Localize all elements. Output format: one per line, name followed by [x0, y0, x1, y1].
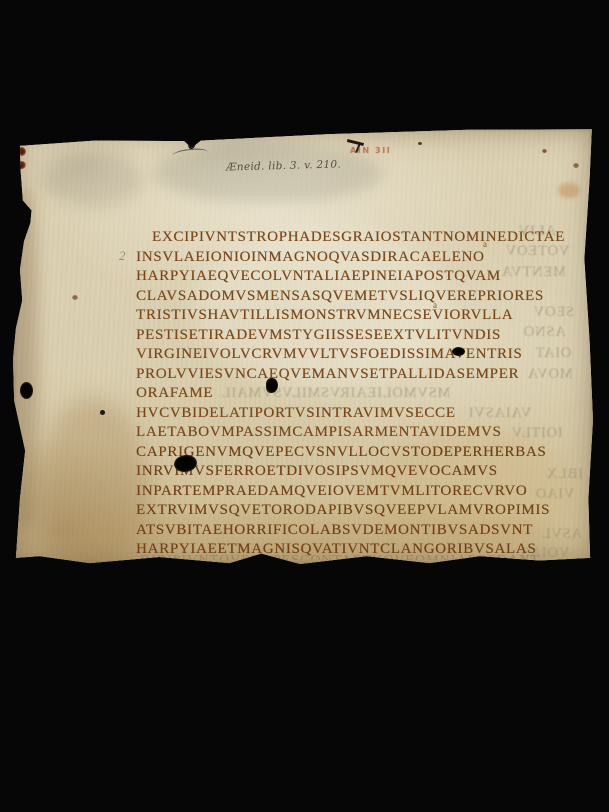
gray-smudge-stain — [43, 153, 143, 208]
librarian-annotation: Æneid. lib. 3. v. 210. — [226, 158, 341, 173]
manuscript-line: ORAFAME — [136, 384, 596, 404]
pen-stroke-mark — [172, 147, 209, 161]
manuscript-line: INPARTEMPRAEDAMQVEIOVEMTVMLITORECVRVO — [136, 482, 596, 502]
manuscript-line: EXTRVIMVSQVETORODAPIBVSQVEEPVLAMVROPIMIS — [136, 501, 596, 521]
manuscript-line: INSVLAEIONIOINMAGNOQVASDIRACAELENO — [136, 248, 596, 268]
parchment-hole — [20, 382, 33, 399]
manuscript-line: INRVIMVSFERROETDIVOSIPSVMQVEVOCAMVS — [136, 462, 596, 482]
manuscript-line: HVCVBIDELATIPORTVSINTRAVIMVSECCE — [136, 404, 596, 424]
manuscript-line: EXCIPIVNTSTROPHADESGRAIOSTANTNOMINEDICTA… — [136, 228, 596, 248]
tear-mark — [187, 134, 197, 150]
manuscript-line: VIRGINEIVOLVCRVMVVLTVSFOEDISSIMAVENTRIS — [136, 345, 596, 365]
ink-speck — [100, 410, 105, 415]
rust-spot — [17, 147, 26, 156]
pen-stroke-mark — [347, 139, 364, 146]
manuscript-line: CAPRIGENVMQVEPECVSNVLLOCVSTODEPERHERBAS — [136, 443, 596, 463]
manuscript-line: HARPYIAEQVECOLVNTALIAEPINEIAPOSTQVAM — [136, 267, 596, 287]
rust-spot — [573, 163, 579, 168]
interlinear-correction: a — [433, 300, 437, 310]
manuscript-line: PESTISETIRADEVMSTYGIISSESEEXTVLITVNDIS — [136, 326, 596, 346]
interlinear-correction: a — [483, 239, 487, 249]
rust-spot — [16, 161, 26, 169]
brown-stain — [38, 398, 148, 578]
edge-darkening — [13, 188, 39, 528]
ink-speck — [418, 142, 422, 145]
text-block: EXCIPIVNTSTROPHADESGRAIOSTANTNOMINEDICTA… — [136, 228, 596, 560]
manuscript-line: TRISTIVSHAVTILLISMONSTRVMNECSEVIORVLLA — [136, 306, 596, 326]
manuscript-line: LAETABOVMPASSIMCAMPISARMENTAVIDEMVS — [136, 423, 596, 443]
orange-spot-stain — [558, 183, 580, 198]
manuscript-line: ATSVBITAEHORRIFICOLABSVDEMONTIBVSADSVNT — [136, 521, 596, 541]
rust-spot — [72, 295, 78, 300]
manuscript-line: PROLVVIESVNCAEQVEMANVSETPALLIDASEMPER — [136, 365, 596, 385]
ink-blot — [452, 347, 465, 356]
parchment-sheet: AIN 3II Æneid. lib. 3. v. 210. ALIVVOTEO… — [13, 128, 593, 564]
manuscript-line: CLAVSADOMVSMENSASQVEMETVSLIQVEREPRIORES — [136, 287, 596, 307]
cut-off-line-remnants: DIRIPIVNTQVEDAPESCONTACTVQVEOMNIAFOEDANT — [140, 553, 590, 560]
manuscript-photo: AIN 3II Æneid. lib. 3. v. 210. ALIVVOTEO… — [0, 0, 609, 812]
faint-shelfmark-stamp: AIN 3II — [350, 146, 391, 155]
rust-spot — [542, 149, 547, 153]
margin-mark: 2 — [119, 248, 126, 264]
